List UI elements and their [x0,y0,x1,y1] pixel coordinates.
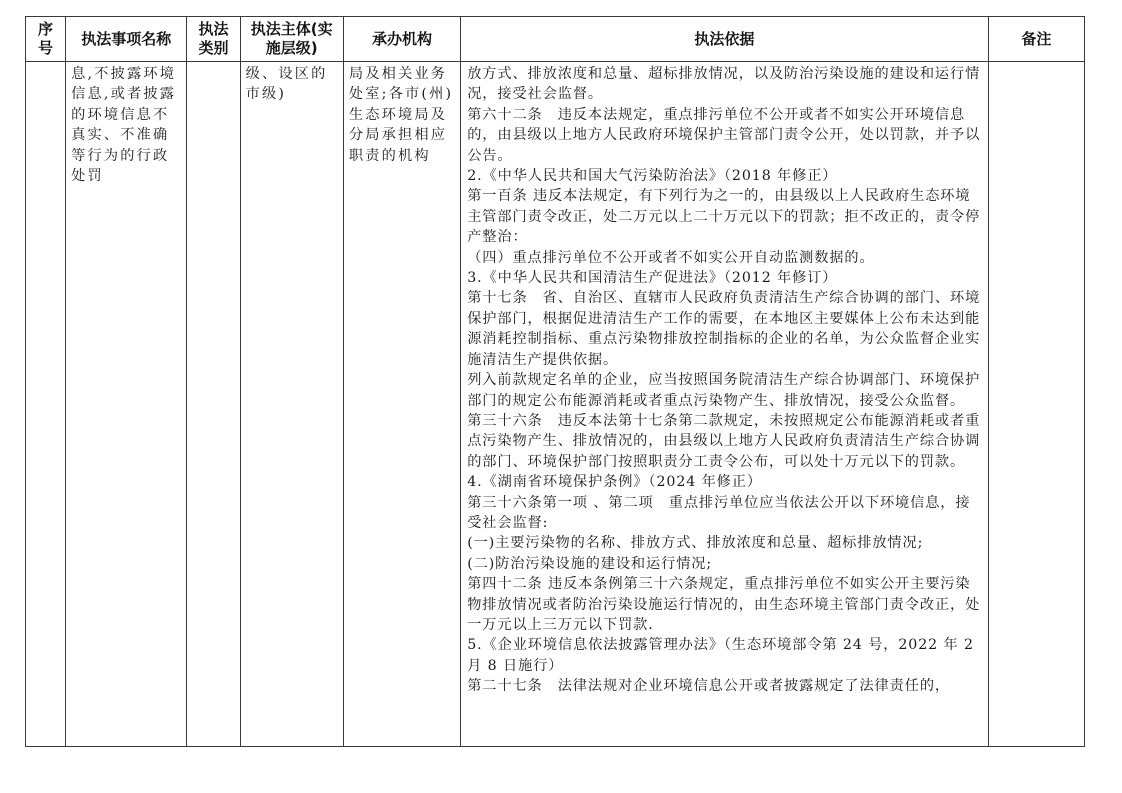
basis-line: (一)主要污染物的名称、排放方式、排放浓度和总量、超标排放情况; [467,533,981,553]
cell-category [187,62,240,747]
basis-line: 4.《湖南省环境保护条例》（2024 年修正） [467,472,981,492]
item-name-text: 息,不披露环境信息,或者披露的环境信息不真实、不准确等行为的行政处罚 [66,62,186,186]
header-agency: 承办机构 [343,17,460,62]
basis-line: 第四十二条 违反本条例第三十六条规定，重点排污单位不如实公开主要污染物排放情况或… [467,574,981,635]
basis-line: 列入前款规定名单的企业，应当按照国务院清洁生产综合协调部门、环境保护部门的规定公… [467,370,981,411]
cell-agency: 局及相关业务处室;各市(州)生态环境局及分局承担相应职责的机构 [343,62,460,747]
cell-item-name: 息,不披露环境信息,或者披露的环境信息不真实、不准确等行为的行政处罚 [66,62,187,747]
basis-line: 5.《企业环境信息依法披露管理办法》（生态环境部令第 24 号，2022 年 2… [467,635,981,676]
basis-line: (二)防治污染设施的建设和运行情况; [467,554,981,574]
header-category: 执法类别 [187,17,240,62]
table-header-row: 序号 执法事项名称 执法类别 执法主体(实施层级) 承办机构 执法依据 备注 [26,17,1085,62]
basis-line: 第三十六条 违反本法第十七条第二款规定，未按照规定公布能源消耗或者重点污染物产生… [467,411,981,472]
table-row: 息,不披露环境信息,或者披露的环境信息不真实、不准确等行为的行政处罚 级、设区的… [26,62,1085,747]
header-index: 序号 [26,17,66,62]
header-remarks: 备注 [988,17,1084,62]
basis-line: 第十七条 省、自治区、直辖市人民政府负责清洁生产综合协调的部门、环境保护部门，根… [467,288,981,370]
cell-subject: 级、设区的市级) [240,62,343,747]
subject-text: 级、设区的市级) [241,62,343,105]
header-subject: 执法主体(实施层级) [240,17,343,62]
cell-basis: 放方式、排放浓度和总量、超标排放情况，以及防治污染设施的建设和运行情况，接受社会… [461,62,988,747]
basis-line: 第六十二条 违反本法规定，重点排污单位不公开或者不如实公开环境信息的，由县级以上… [467,105,981,166]
cell-index [26,62,66,747]
basis-line: 第一百条 违反本法规定，有下列行为之一的，由县级以上人民政府生态环境主管部门责令… [467,186,981,247]
basis-text: 放方式、排放浓度和总量、超标排放情况，以及防治污染设施的建设和运行情况，接受社会… [461,62,987,697]
header-basis: 执法依据 [461,17,988,62]
cell-remarks [988,62,1084,747]
basis-line: 第二十七条 法律法规对企业环境信息公开或者披露规定了法律责任的， [467,676,981,696]
agency-text: 局及相关业务处室;各市(州)生态环境局及分局承担相应职责的机构 [344,62,460,166]
basis-line: 3.《中华人民共和国清洁生产促进法》（2012 年修订） [467,268,981,288]
basis-line: 2.《中华人民共和国大气污染防治法》（2018 年修正） [467,166,981,186]
header-item-name: 执法事项名称 [66,17,187,62]
enforcement-items-table: 序号 执法事项名称 执法类别 执法主体(实施层级) 承办机构 执法依据 备注 息… [25,16,1085,747]
basis-line: 第三十六条第一项 、第二项 重点排污单位应当依法公开以下环境信息，接受社会监督: [467,493,981,534]
basis-line: （四）重点排污单位不公开或者不如实公开自动监测数据的。 [467,248,981,268]
basis-line: 放方式、排放浓度和总量、超标排放情况，以及防治污染设施的建设和运行情况，接受社会… [467,64,981,105]
